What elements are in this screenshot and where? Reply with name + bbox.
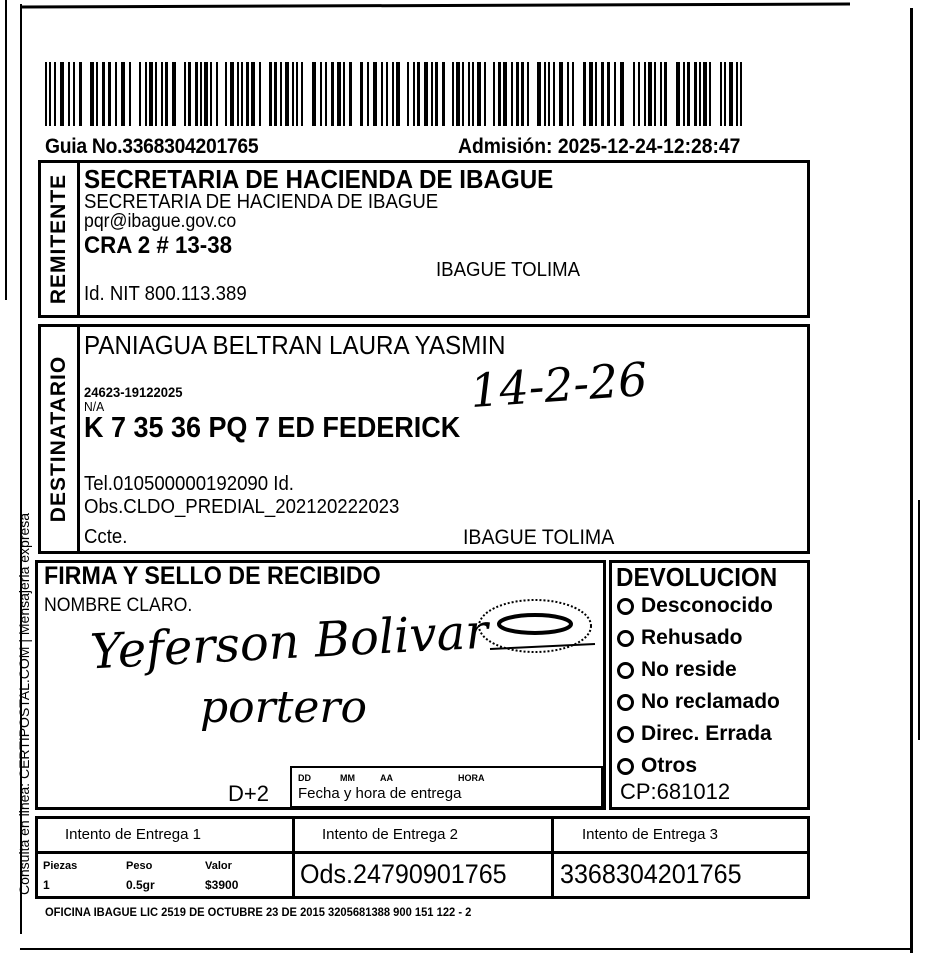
radio-circle-icon[interactable] xyxy=(617,630,634,647)
destinatario-obs: Obs.CLDO_PREDIAL_202120222023 xyxy=(84,497,399,517)
devolucion-option[interactable]: No reclamado xyxy=(617,686,807,718)
radio-circle-icon[interactable] xyxy=(617,662,634,679)
piezas-header: Piezas xyxy=(43,861,77,872)
devolucion-option-label: Rehusado xyxy=(641,626,743,650)
page-border-bottom xyxy=(20,948,912,950)
intento-2-label: Intento de Entrega 2 xyxy=(322,827,458,842)
destinatario-name: PANIAGUA BELTRAN LAURA YASMIN xyxy=(84,332,505,358)
radio-circle-icon[interactable] xyxy=(617,726,634,743)
ods-number: Ods.24790901765 xyxy=(300,861,507,888)
page-border-right xyxy=(910,8,913,953)
destinatario-tel: Tel.010500000192090 Id. xyxy=(84,474,294,494)
remitente-label: REMITENTE xyxy=(41,163,77,315)
destinatario-address: K 7 35 36 PQ 7 ED FEDERICK xyxy=(84,414,460,443)
barcode xyxy=(45,62,755,126)
devolucion-option[interactable]: Desconocido xyxy=(617,590,807,622)
detalle-cell xyxy=(35,851,295,899)
piezas-value: 1 xyxy=(43,879,50,891)
devolucion-option[interactable]: Otros xyxy=(617,750,807,782)
signature-role: portero xyxy=(200,686,367,730)
d-plus-label: D+2 xyxy=(228,783,269,805)
stamp-icon xyxy=(470,594,600,664)
remitente-email: pqr@ibague.gov.co xyxy=(84,212,236,231)
peso-header: Peso xyxy=(126,861,152,872)
devolucion-option[interactable]: Rehusado xyxy=(617,622,807,654)
devolucion-option[interactable]: Direc. Errada xyxy=(617,718,807,750)
page-border-left-outer xyxy=(5,0,7,300)
intento-3-label: Intento de Entrega 3 xyxy=(582,827,718,842)
devolucion-option-label: Otros xyxy=(641,754,697,778)
remitente-address: CRA 2 # 13-38 xyxy=(84,234,232,258)
radio-circle-icon[interactable] xyxy=(617,758,634,775)
firma-title: FIRMA Y SELLO DE RECIBIDO xyxy=(44,564,381,589)
handwritten-date: 14-2-26 xyxy=(469,356,649,414)
devolucion-title: DEVOLUCION xyxy=(616,564,777,590)
destinatario-city: IBAGUE TOLIMA xyxy=(463,527,614,548)
destinatario-label: DESTINATARIO xyxy=(41,327,77,551)
valor-header: Valor xyxy=(205,861,232,872)
remitente-name-bold: SECRETARIA DE HACIENDA DE IBAGUE xyxy=(84,166,553,192)
devolucion-option[interactable]: No reside xyxy=(617,654,807,686)
cp-code: CP:681012 xyxy=(620,781,730,803)
radio-circle-icon[interactable] xyxy=(617,598,634,615)
devolucion-options: DesconocidoRehusadoNo resideNo reclamado… xyxy=(617,590,807,782)
radio-circle-icon[interactable] xyxy=(617,694,634,711)
destinatario-ccte: Ccte. xyxy=(84,527,127,547)
guia-number: Guia No.3368304201765 xyxy=(45,136,258,157)
page-border-top xyxy=(20,3,850,9)
divider xyxy=(77,160,80,318)
remitente-city: IBAGUE TOLIMA xyxy=(436,260,580,280)
devolucion-option-label: Direc. Errada xyxy=(641,722,772,746)
divider xyxy=(77,324,80,554)
guia-number-cell: 3368304201765 xyxy=(560,861,742,888)
devolucion-option-label: Desconocido xyxy=(641,594,773,618)
side-consulta-text: Consulta en linea: CERTIPOSTAL.COM | Men… xyxy=(16,513,32,895)
destinatario-ref: 24623-19122025 xyxy=(84,385,182,399)
devolucion-option-label: No reclamado xyxy=(641,690,780,714)
remitente-name: SECRETARIA DE HACIENDA DE IBAGUE xyxy=(84,192,438,212)
fecha-labels: DD MM AA HORA xyxy=(298,773,498,783)
remitente-id: Id. NIT 800.113.389 xyxy=(84,284,247,304)
page-border-right-outer xyxy=(918,500,920,740)
footer-office: OFICINA IBAGUE LIC 2519 DE OCTUBRE 23 DE… xyxy=(45,906,471,918)
admision-timestamp: Admisión: 2025-12-24-12:28:47 xyxy=(458,136,740,157)
nombre-claro-label: NOMBRE CLARO. xyxy=(44,596,192,615)
intento-1-label: Intento de Entrega 1 xyxy=(65,827,201,842)
valor-value: $3900 xyxy=(205,879,238,891)
peso-value: 0.5gr xyxy=(126,879,155,891)
devolucion-option-label: No reside xyxy=(641,658,737,682)
fecha-caption: Fecha y hora de entrega xyxy=(298,786,461,801)
